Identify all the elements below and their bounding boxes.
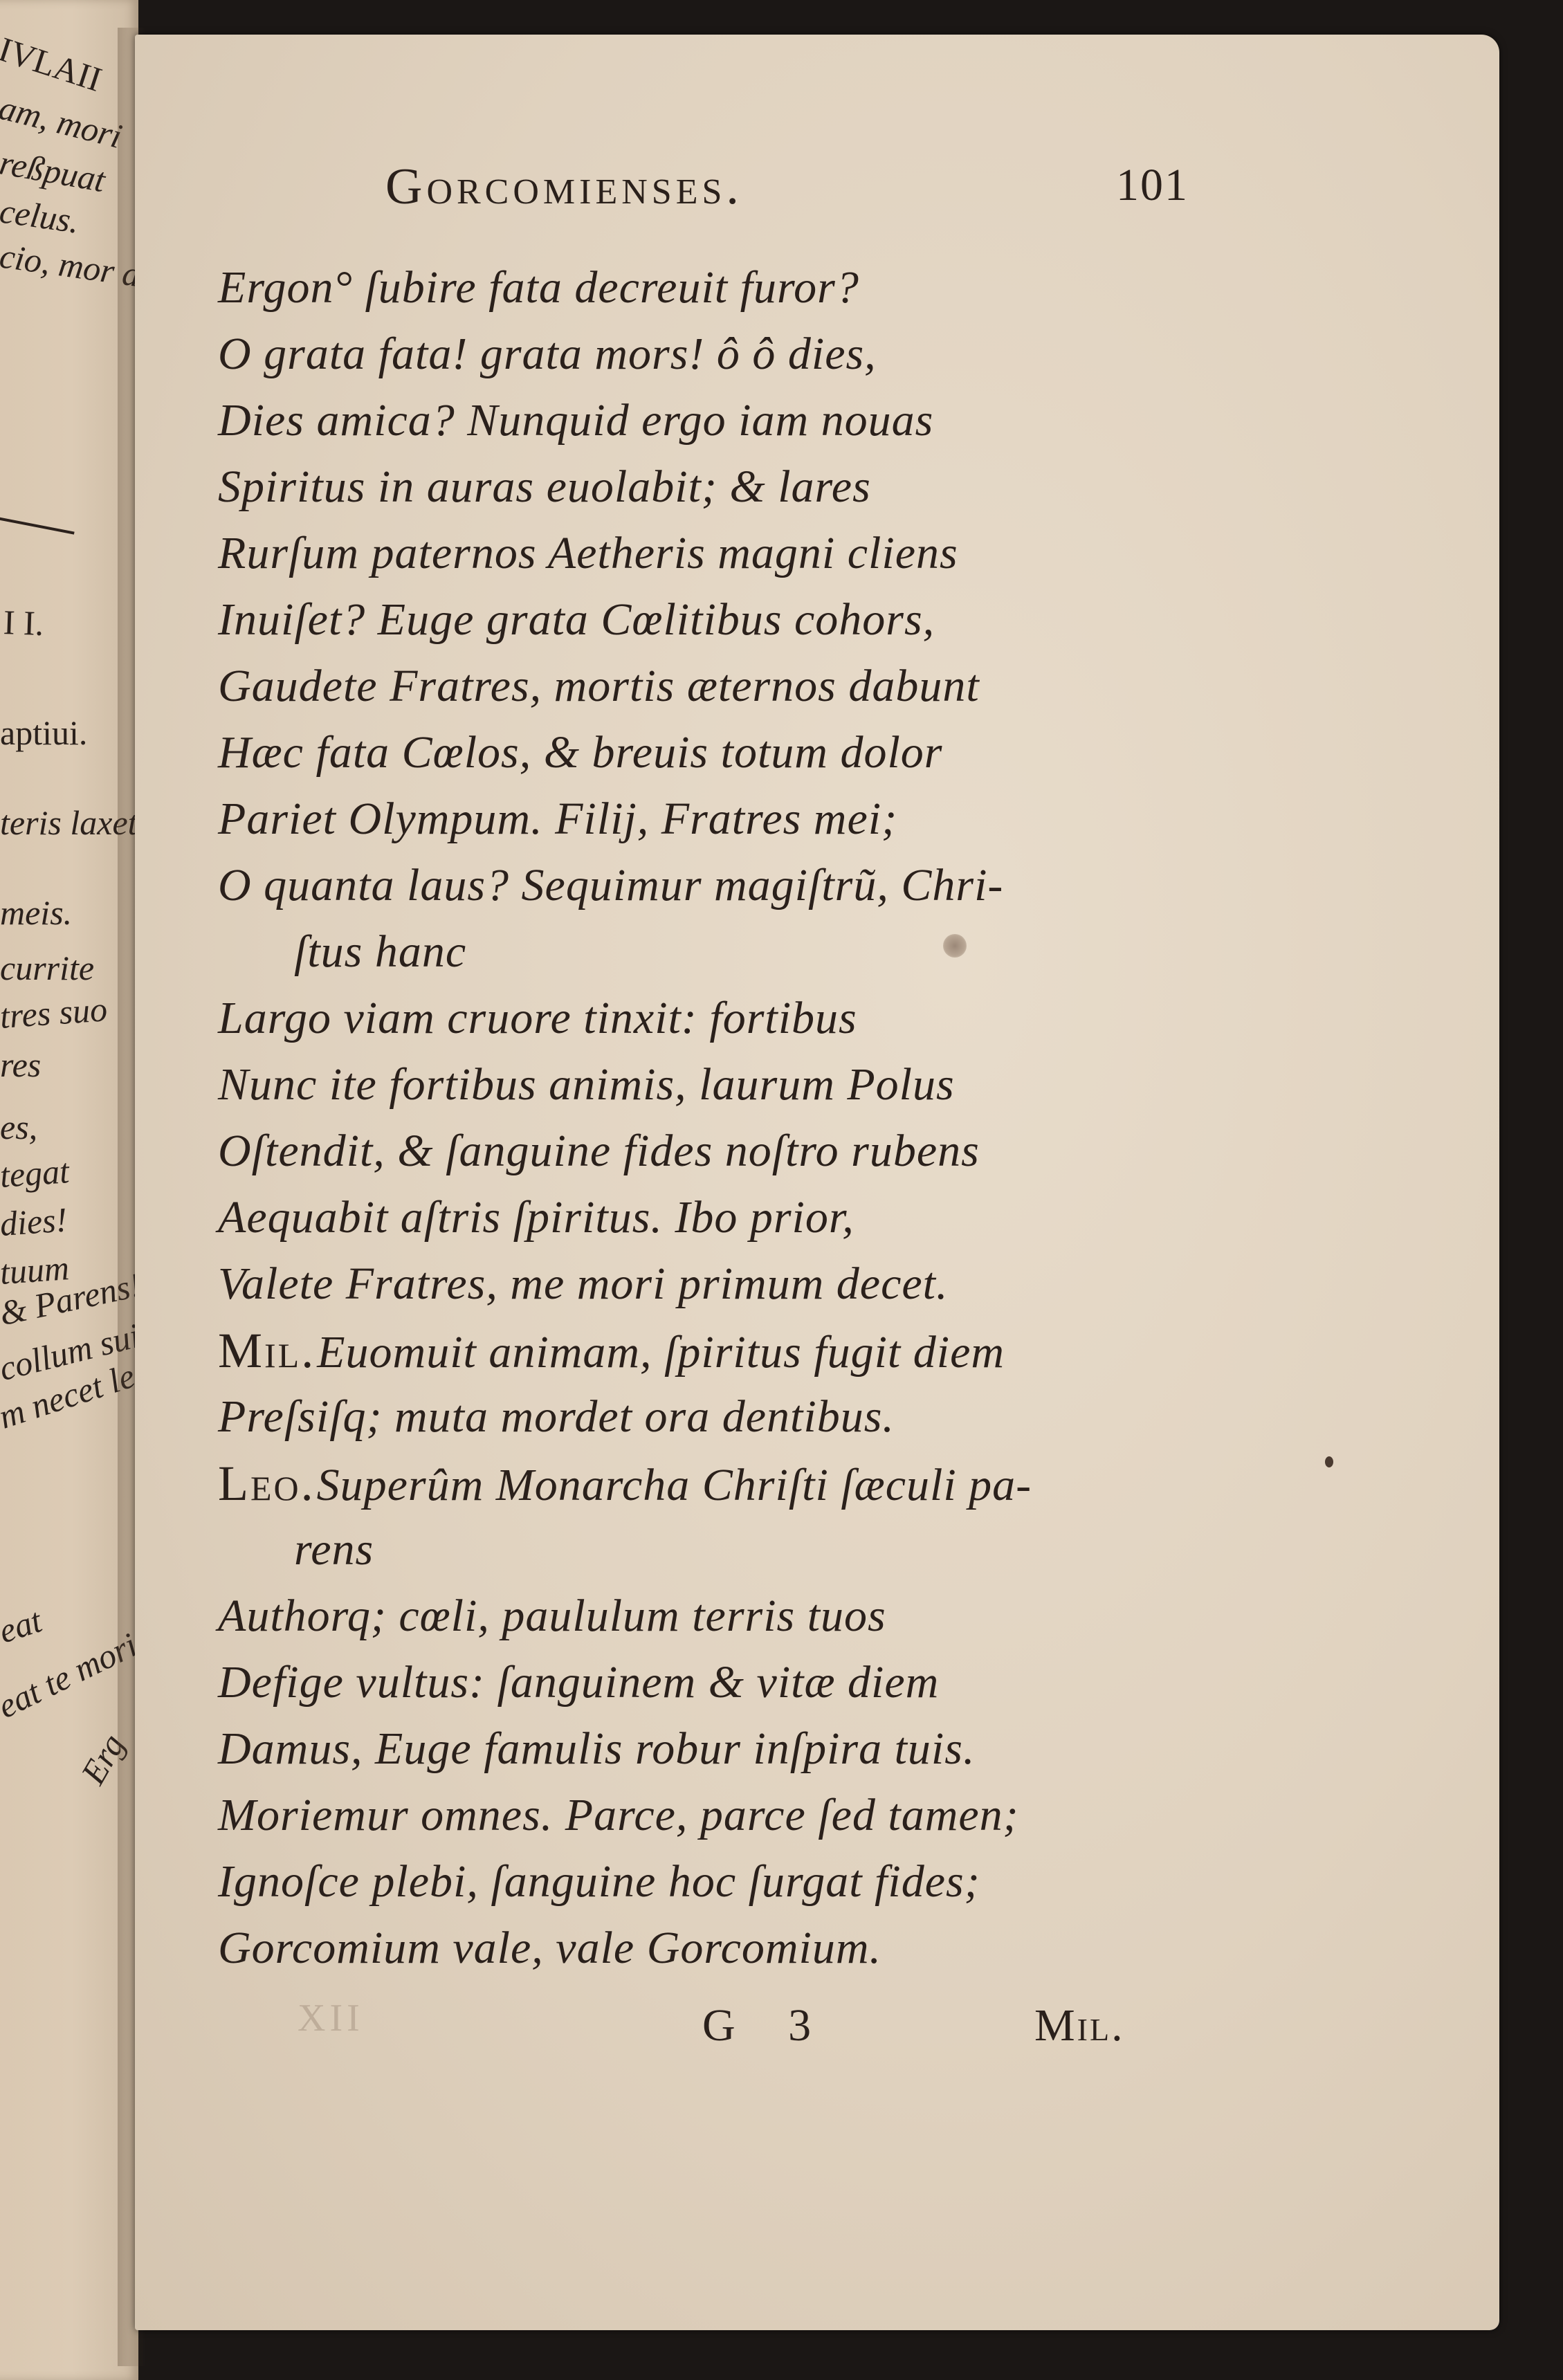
verse-line: Damus, Euge famulis robur inſpira tuis.: [218, 1716, 1408, 1782]
speaker-label: Leo.: [218, 1456, 316, 1511]
verse-text: Rurſum paternos Aetheris magni cliens: [218, 528, 958, 578]
verse-line: Inuiſet? Euge grata Cœlitibus cohors,: [218, 587, 1408, 653]
verse-line: Hæc fata Cœlos, & breuis totum dolor: [218, 720, 1408, 786]
facing-page-fragment: tegat: [0, 1151, 71, 1196]
verse-text: Damus, Euge famulis robur inſpira tuis.: [218, 1723, 975, 1774]
ink-speck: [1325, 1456, 1333, 1467]
verse-text: Defige vultus: ſanguinem & vitæ diem: [218, 1657, 939, 1708]
verse-line: Pariet Olympum. Filij, Fratres mei;: [218, 786, 1408, 852]
page-number: 101: [1116, 159, 1189, 212]
facing-page-fragment: meis.: [0, 892, 72, 933]
running-head: Gorcomienses.: [385, 158, 743, 217]
verse-text: Moriemur omnes. Parce, parce ſed tamen;: [218, 1790, 1019, 1840]
verse-text: Ignoſce plebi, ſanguine hoc ſurgat fides…: [218, 1856, 980, 1907]
verse-line: Gorcomium vale, vale Gorcomium.: [218, 1915, 1408, 1981]
verse-text: Gorcomium vale, vale Gorcomium.: [218, 1923, 881, 1973]
verse-text: Spiritus in auras euolabit; & lares: [218, 461, 871, 512]
facing-page-fragment: celus.: [0, 190, 82, 241]
catchword: Mil.: [1034, 1999, 1125, 2052]
facing-page-fragment: es,: [0, 1107, 37, 1147]
paper-stain: [943, 934, 967, 958]
verse-line: Leo.Superûm Monarcha Chriſti ſæculi pa-: [218, 1450, 1408, 1517]
facing-page-fragment: dies!: [0, 1199, 68, 1244]
verse-line: Defige vultus: ſanguinem & vitæ diem: [218, 1649, 1408, 1716]
verse-line: O quanta laus? Sequimur magiſtrũ, Chri-: [218, 852, 1408, 919]
verse-line: Oſtendit, & ſanguine fides noſtro rubens: [218, 1118, 1408, 1184]
verse-line: Valete Fratres, me mori primum decet.: [218, 1251, 1408, 1317]
verse-line: Nunc ite fortibus animis, laurum Polus: [218, 1052, 1408, 1118]
verse-text: Dies amica? Nunquid ergo iam nouas: [218, 395, 933, 446]
verse-line: Moriemur omnes. Parce, parce ſed tamen;: [218, 1782, 1408, 1849]
verse-line: ſtus hanc: [218, 919, 1408, 985]
verse-block: Ergon° ſubire fata decreuit furor?O grat…: [218, 255, 1408, 1981]
verse-line: Authorq; cœli, paululum terris tuos: [218, 1583, 1408, 1649]
facing-page-fragment: currite: [0, 948, 94, 988]
book-page: Gorcomienses. 101 Ergon° ſubire fata dec…: [135, 35, 1499, 2330]
verse-line: Largo viam cruore tinxit: fortibus: [218, 985, 1408, 1052]
verse-line: Dies amica? Nunquid ergo iam nouas: [218, 387, 1408, 454]
verse-text: Ergon° ſubire fata decreuit furor?: [218, 262, 859, 313]
facing-page-fragment: res: [0, 1045, 41, 1085]
facing-page-fragment: eat: [0, 1600, 46, 1651]
verse-line: Ergon° ſubire fata decreuit furor?: [218, 255, 1408, 321]
verse-text: Oſtendit, & ſanguine fides noſtro rubens: [218, 1126, 980, 1176]
facing-page-fragment: aptiui.: [0, 713, 87, 753]
verse-line: Ignoſce plebi, ſanguine hoc ſurgat fides…: [218, 1849, 1408, 1915]
verse-text: O quanta laus? Sequimur magiſtrũ, Chri-: [218, 860, 1003, 910]
facing-page-fragment: I I.: [3, 602, 44, 643]
verse-text: Hæc fata Cœlos, & breuis totum dolor: [218, 727, 942, 778]
verse-text: rens: [294, 1524, 374, 1575]
verse-text: Pariet Olympum. Filij, Fratres mei;: [218, 794, 897, 844]
verse-line: Mil.Euomuit animam, ſpiritus fugit diem: [218, 1317, 1408, 1384]
facing-page-fragment: reßpuat: [0, 142, 108, 200]
verse-text: Superûm Monarcha Chriſti ſæculi pa-: [317, 1460, 1032, 1510]
facing-page-fragment: teris laxet: [0, 803, 138, 843]
speaker-label: Mil.: [218, 1323, 316, 1378]
verse-line: Rurſum paternos Aetheris magni cliens: [218, 520, 1408, 587]
verse-line: rens: [218, 1517, 1408, 1583]
verse-text: Euomuit animam, ſpiritus fugit diem: [317, 1327, 1005, 1377]
verse-text: Authorq; cœli, paululum terris tuos: [218, 1591, 886, 1641]
verse-text: Nunc ite fortibus animis, laurum Polus: [218, 1059, 955, 1110]
verse-line: Aequabit aſtris ſpiritus. Ibo prior,: [218, 1184, 1408, 1251]
verse-line: Gaudete Fratres, mortis æternos dabunt: [218, 653, 1408, 720]
verse-line: O grata fata! grata mors! ô ô dies,: [218, 321, 1408, 387]
verse-text: Largo viam cruore tinxit: fortibus: [218, 993, 857, 1043]
page-footer: G 3 Mil.: [135, 1999, 1499, 2062]
verse-text: ſtus hanc: [294, 926, 466, 977]
verse-text: Gaudete Fratres, mortis æternos dabunt: [218, 661, 980, 711]
facing-page-fragment: tres suo: [0, 989, 109, 1036]
verse-text: O grata fata! grata mors! ô ô dies,: [218, 329, 877, 379]
facing-page-fragment: IVLAII: [0, 28, 107, 99]
verse-text: Preſsiſq; muta mordet ora dentibus.: [218, 1391, 895, 1442]
verse-line: Preſsiſq; muta mordet ora dentibus.: [218, 1384, 1408, 1450]
verse-text: Valete Fratres, me mori primum decet.: [218, 1258, 949, 1309]
signature-mark: G 3: [702, 1999, 832, 2052]
verse-line: Spiritus in auras euolabit; & lares: [218, 454, 1408, 520]
verse-text: Inuiſet? Euge grata Cœlitibus cohors,: [218, 594, 935, 645]
verse-text: Aequabit aſtris ſpiritus. Ibo prior,: [218, 1192, 854, 1243]
